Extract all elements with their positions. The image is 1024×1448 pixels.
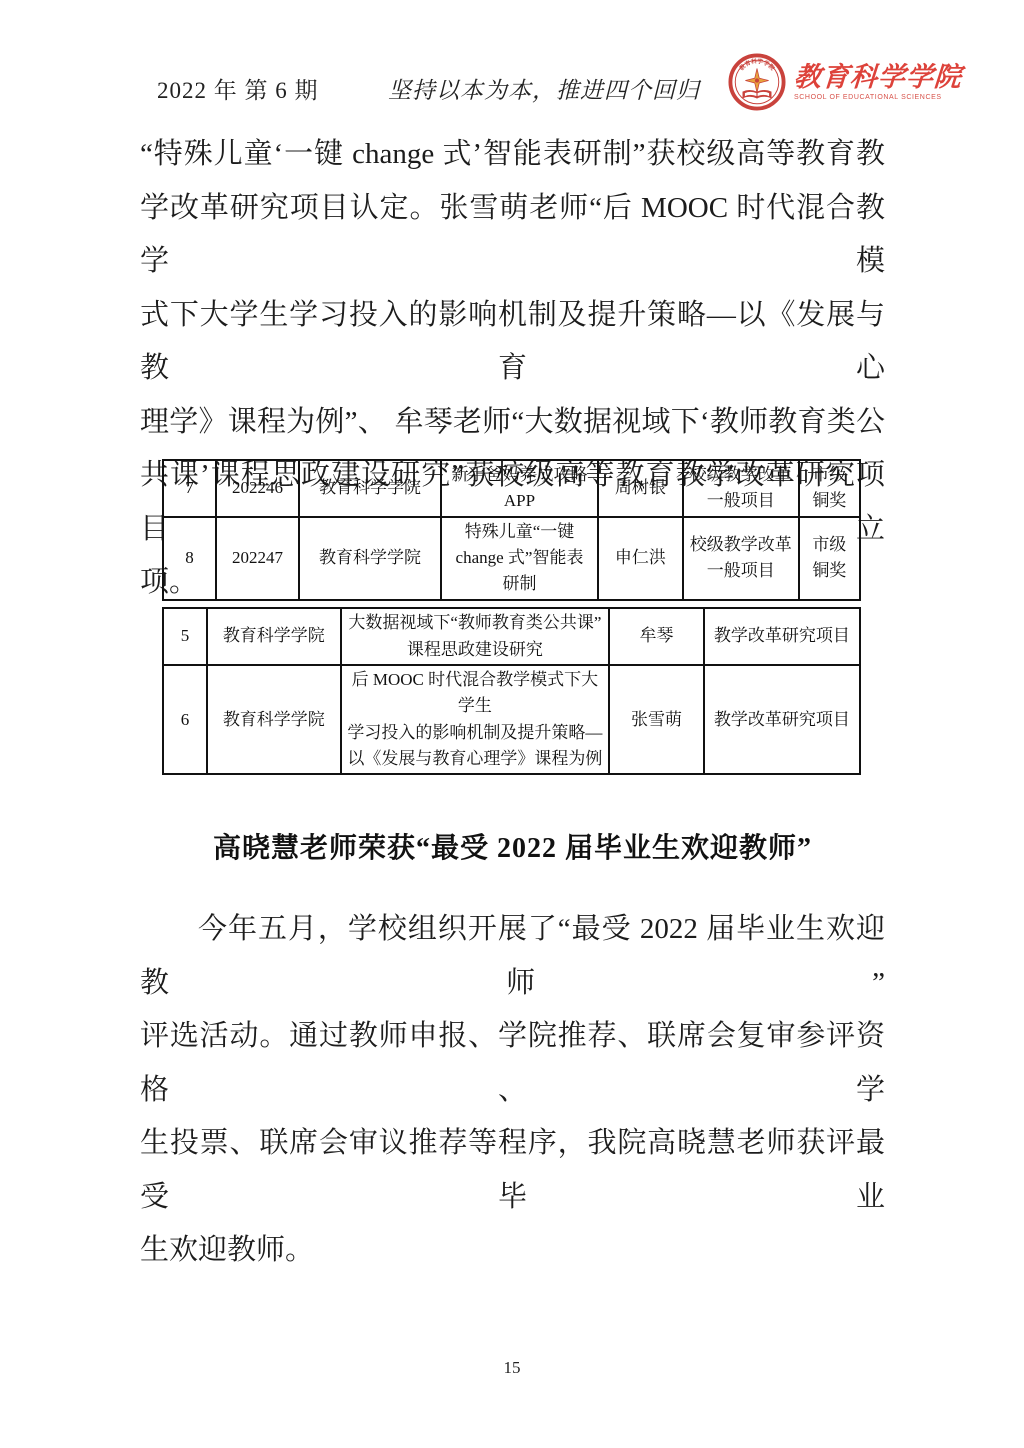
- table-row: 5 教育科学学院 大数据视域下“教师教育类公共课” 课程思政建设研究 牟琴 教学…: [163, 608, 860, 665]
- table-cell-project-title: 新手爸妈养成攻略 APP: [441, 460, 598, 517]
- table-cell-project-type: 校级教学改革 一般项目: [683, 460, 799, 517]
- paragraph-line: 理学》课程为例”、 牟琴老师“大数据视域下‘教师教育类公: [140, 396, 885, 450]
- table-row: 8 202247 教育科学学院 特殊儿童“一键 change 式”智能表 研制 …: [163, 517, 860, 600]
- table-cell-index: 8: [163, 517, 216, 600]
- issue-info: 2022 年 第 6 期: [157, 72, 319, 105]
- table-row: 7 202246 教育科学学院 新手爸妈养成攻略 APP 周树银 校级教学改革 …: [163, 460, 860, 517]
- table-cell-project-type: 校级教学改革 一般项目: [683, 517, 799, 600]
- table-cell-project-title: 特殊儿童“一键 change 式”智能表 研制: [441, 517, 598, 600]
- school-logo: 教育科学学院 教育科学学院 SCHOOL OF EDUCATIONAL SCIE…: [728, 53, 962, 111]
- table-cell-index: 7: [163, 460, 216, 517]
- table-cell-leader: 周树银: [598, 460, 683, 517]
- header-slogan: 坚持以本为本，推进四个回归: [388, 72, 700, 105]
- table-cell-award: 市级 铜奖: [799, 460, 860, 517]
- paragraph-line: 评选活动。通过教师申报、学院推荐、联席会复审参评资格、学: [140, 1010, 885, 1117]
- table-cell-leader: 张雪萌: [609, 665, 704, 774]
- paragraph-line: 学改革研究项目认定。张雪萌老师“后 MOOC 时代混合教学模: [140, 182, 885, 289]
- paragraph-line: 生投票、联席会审议推荐等程序，我院高晓慧老师获评最受毕业: [140, 1117, 885, 1224]
- table-cell-project-type: 教学改革研究项目: [704, 608, 860, 665]
- table-cell-project-title: 后 MOOC 时代混合教学模式下大学生 学习投入的影响机制及提升策略— 以《发展…: [341, 665, 609, 774]
- table-cell-index: 6: [163, 665, 207, 774]
- paragraph-teacher-award: 今年五月，学校组织开展了“最受 2022 届毕业生欢迎教师” 评选活动。通过教师…: [140, 903, 885, 1278]
- table-cell-award: 市级 铜奖: [799, 517, 860, 600]
- paragraph-line: “特殊儿童‘一键 change 式’智能表研制”获校级高等教育教: [140, 128, 885, 182]
- logo-text-block: 教育科学学院 SCHOOL OF EDUCATIONAL SCIENCES: [794, 63, 962, 102]
- logo-name-en: SCHOOL OF EDUCATIONAL SCIENCES: [794, 94, 962, 101]
- paragraph-line: 生欢迎教师。: [140, 1224, 885, 1278]
- page-header: 2022 年 第 6 期 坚持以本为本，推进四个回归 教育科学学院: [0, 0, 1024, 130]
- table-row: 6 教育科学学院 后 MOOC 时代混合教学模式下大学生 学习投入的影响机制及提…: [163, 665, 860, 774]
- school-emblem-icon: 教育科学学院: [728, 53, 786, 111]
- table-cell-index: 5: [163, 608, 207, 665]
- table-cell-project-type: 教学改革研究项目: [704, 665, 860, 774]
- table-cell-college: 教育科学学院: [299, 517, 441, 600]
- table-cell-college: 教育科学学院: [207, 608, 341, 665]
- page-number: 15: [0, 1358, 1024, 1378]
- section-heading: 高晓慧老师荣获“最受 2022 届毕业生欢迎教师”: [140, 826, 885, 866]
- table-cell-leader: 申仁洪: [598, 517, 683, 600]
- paragraph-line: 今年五月，学校组织开展了“最受 2022 届毕业生欢迎教师”: [140, 903, 885, 1010]
- research-project-table: 5 教育科学学院 大数据视域下“教师教育类公共课” 课程思政建设研究 牟琴 教学…: [162, 607, 861, 775]
- table-cell-college: 教育科学学院: [299, 460, 441, 517]
- table-cell-project-no: 202247: [216, 517, 299, 600]
- paragraph-line: 式下大学生学习投入的影响机制及提升策略—以《发展与教育心: [140, 289, 885, 396]
- table-cell-project-no: 202246: [216, 460, 299, 517]
- logo-name-cn: 教育科学学院: [793, 63, 963, 93]
- project-award-table: 7 202246 教育科学学院 新手爸妈养成攻略 APP 周树银 校级教学改革 …: [162, 459, 861, 601]
- document-page: 2022 年 第 6 期 坚持以本为本，推进四个回归 教育科学学院: [0, 0, 1024, 1448]
- table-cell-college: 教育科学学院: [207, 665, 341, 774]
- table-cell-leader: 牟琴: [609, 608, 704, 665]
- table-cell-project-title: 大数据视域下“教师教育类公共课” 课程思政建设研究: [341, 608, 609, 665]
